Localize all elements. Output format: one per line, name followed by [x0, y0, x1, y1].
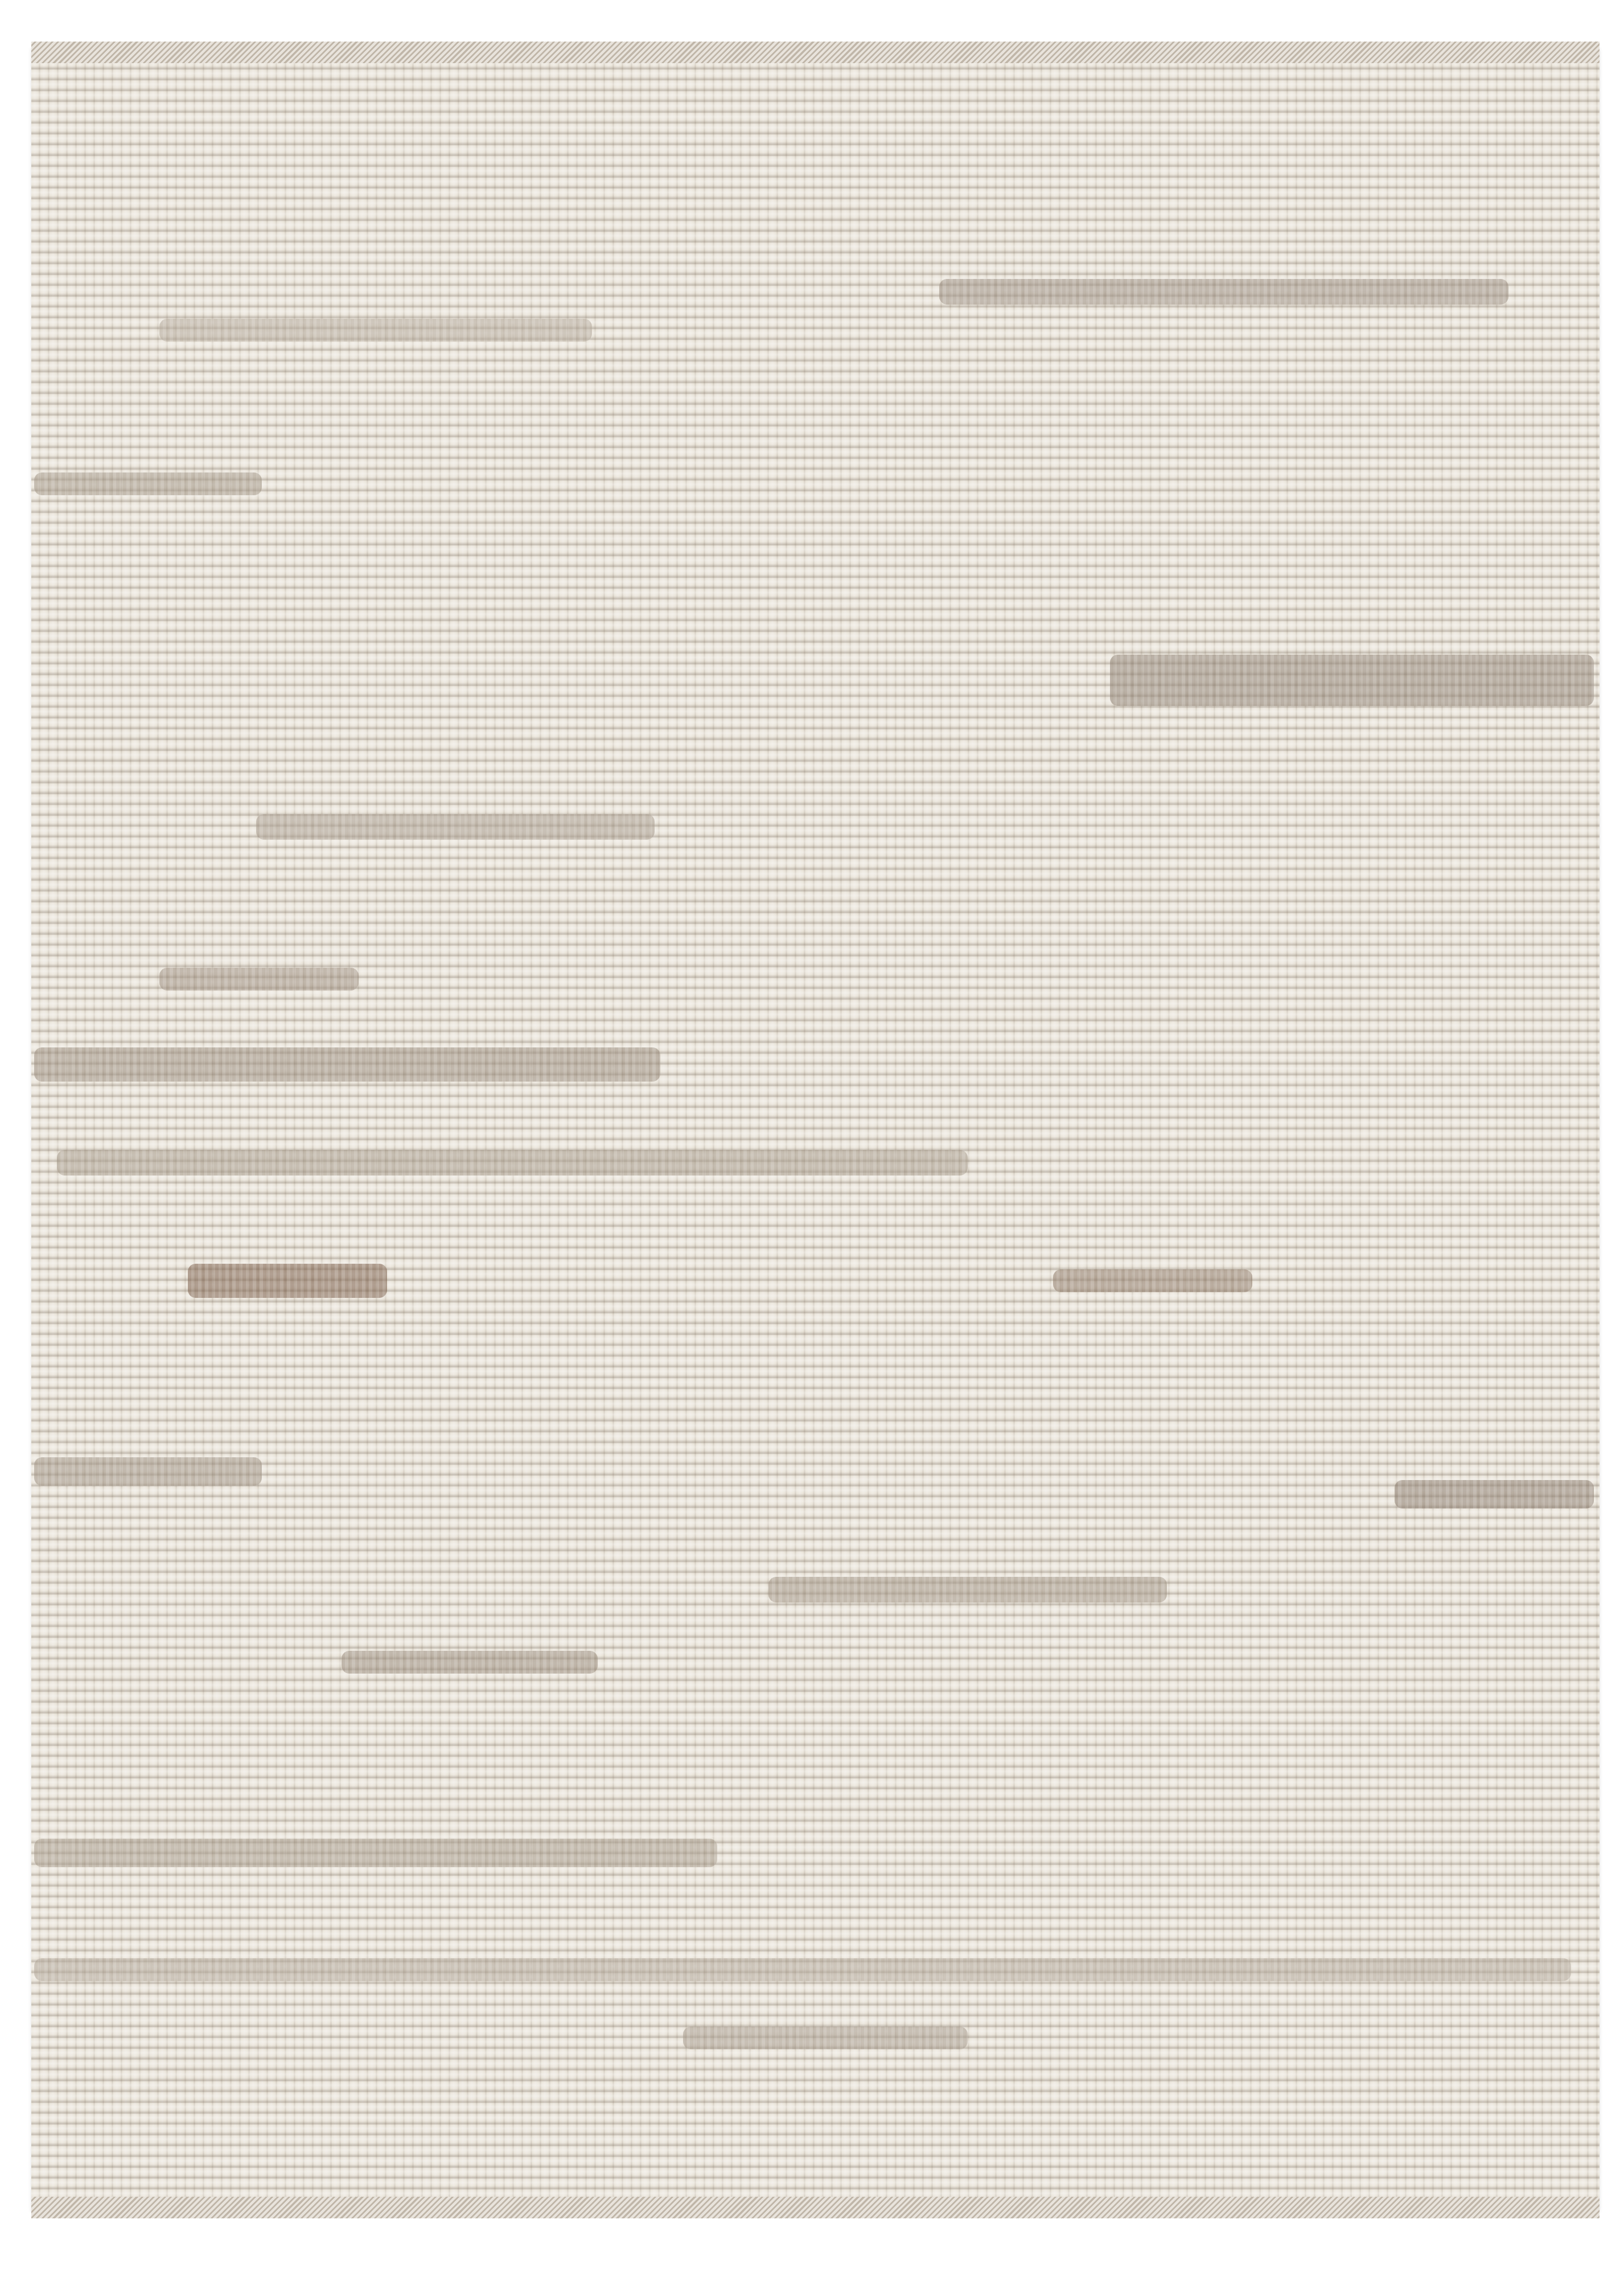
rug-color-streak [159, 968, 359, 990]
rug-color-streak [34, 1958, 1571, 1981]
rug-color-streak [34, 472, 262, 495]
rug-color-streak [34, 1839, 717, 1867]
rug-color-streak [683, 2027, 968, 2049]
rug-color-streak [768, 1577, 1167, 1602]
rug-color-streak [1053, 1269, 1252, 1292]
rug-color-streak [342, 1651, 598, 1674]
woven-rug [31, 48, 1600, 2212]
rug-color-streak [1395, 1480, 1594, 1509]
rug-color-streak [159, 319, 592, 342]
rug-color-streak [57, 1150, 968, 1176]
rug-color-streak [34, 1047, 660, 1082]
rug-color-streak [188, 1264, 387, 1298]
rug-color-streak [939, 279, 1508, 305]
rug-color-streak [34, 1457, 262, 1486]
rug-border-top [31, 42, 1600, 63]
rug-color-streak [256, 814, 655, 840]
rug-border-bottom [31, 2197, 1600, 2218]
rug-color-streak [1110, 655, 1594, 706]
